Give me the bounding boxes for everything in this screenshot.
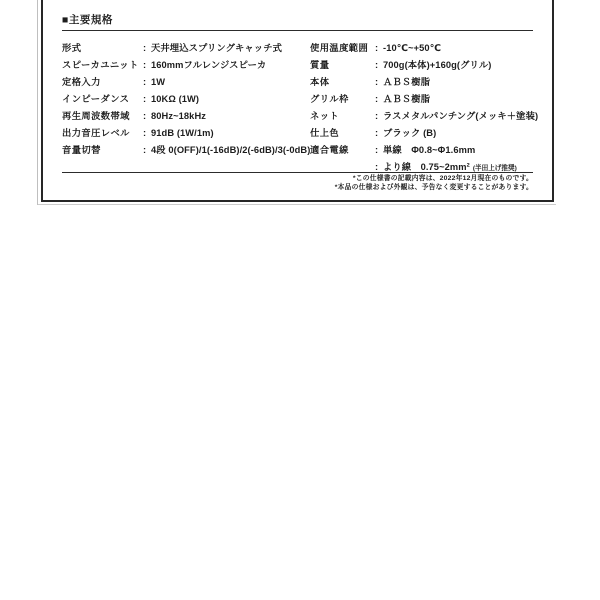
- spec-colon: :: [143, 42, 151, 54]
- spec-label: 定格入力: [62, 76, 143, 88]
- spec-colon: :: [375, 76, 383, 88]
- spec-row-compatible-wire-solid: 適合電線:単線 Φ0.8~Φ1.6mm: [310, 144, 550, 161]
- spec-value: 単線 Φ0.8~Φ1.6mm: [383, 144, 475, 156]
- spec-colon: :: [375, 127, 383, 139]
- spec-value: ＡＢＳ樹脂: [383, 93, 430, 105]
- spec-colon: :: [375, 42, 383, 54]
- spec-label: 仕上色: [310, 127, 375, 139]
- spec-box: ■主要規格 形式:天井埋込スプリングキャッチ式 スピーカユニット:160mmフル…: [41, 0, 554, 202]
- spec-label: ネット: [310, 110, 375, 122]
- spec-colon: :: [143, 76, 151, 88]
- spec-value: 4段 0(OFF)/1(-16dB)/2(-6dB)/3(-0dB): [151, 144, 310, 156]
- document-page: ■主要規格 形式:天井埋込スプリングキャッチ式 スピーカユニット:160mmフル…: [0, 0, 600, 600]
- spec-row-rated-input: 定格入力:1W: [62, 76, 310, 93]
- spec-label: 本体: [310, 76, 375, 88]
- spec-row-net: ネット:ラスメタルパンチング(メッキ＋塗装): [310, 110, 550, 127]
- spec-label: 形式: [62, 42, 143, 54]
- section-title: ■主要規格: [62, 12, 113, 27]
- spec-value: 天井埋込スプリングキャッチ式: [151, 42, 282, 54]
- spec-label: 適合電線: [310, 144, 375, 156]
- spec-colon: :: [375, 144, 383, 156]
- spec-label: 使用温度範囲: [310, 42, 375, 54]
- spec-label: グリル枠: [310, 93, 375, 105]
- spec-row-keishiki: 形式:天井埋込スプリングキャッチ式: [62, 42, 310, 59]
- spec-row-volume-switch: 音量切替:4段 0(OFF)/1(-16dB)/2(-6dB)/3(-0dB): [62, 144, 310, 161]
- spec-value: ラスメタルパンチング(メッキ＋塗装): [383, 110, 538, 122]
- spec-colon: :: [375, 110, 383, 122]
- spec-colon: :: [143, 144, 151, 156]
- spec-label: 再生周波数帯域: [62, 110, 143, 122]
- page-edge-line-vertical: [37, 0, 38, 205]
- title-divider: [62, 30, 533, 31]
- spec-label: インピーダンス: [62, 93, 143, 105]
- spec-colon: :: [143, 59, 151, 71]
- spec-value: 160mmフルレンジスピーカ: [151, 59, 266, 71]
- spec-row-finish-color: 仕上色:ブラック (B): [310, 127, 550, 144]
- spec-value: ブラック (B): [383, 127, 436, 139]
- spec-row-mass: 質量:700g(本体)+160g(グリル): [310, 59, 550, 76]
- spec-row-impedance: インピーダンス:10KΩ (1W): [62, 93, 310, 110]
- spec-value: 80Hz~18kHz: [151, 110, 206, 122]
- footnote-line-2: *本品の仕様および外観は、予告なく変更することがあります。: [62, 183, 533, 192]
- spec-row-output-spl: 出力音圧レベル:91dB (1W/1m): [62, 127, 310, 144]
- spec-row-temp-range: 使用温度範囲:-10℃~+50℃: [310, 42, 550, 59]
- spec-row-speaker-unit: スピーカユニット:160mmフルレンジスピーカ: [62, 59, 310, 76]
- spec-colon: :: [143, 127, 151, 139]
- spec-colon: :: [375, 93, 383, 105]
- spec-colon: :: [143, 93, 151, 105]
- footnotes: *この仕様書の記載内容は、2022年12月現在のものです。 *本品の仕様および外…: [62, 174, 533, 192]
- spec-label: 質量: [310, 59, 375, 71]
- spec-value-note: (半田上げ推奨): [473, 165, 517, 172]
- spec-label: 出力音圧レベル: [62, 127, 143, 139]
- spec-value: ＡＢＳ樹脂: [383, 76, 430, 88]
- spec-value: 1W: [151, 76, 165, 88]
- spec-column-right: 使用温度範囲:-10℃~+50℃ 質量:700g(本体)+160g(グリル) 本…: [310, 42, 550, 178]
- spec-column-left: 形式:天井埋込スプリングキャッチ式 スピーカユニット:160mmフルレンジスピー…: [62, 42, 310, 161]
- spec-row-grille-frame: グリル枠:ＡＢＳ樹脂: [310, 93, 550, 110]
- spec-value: 10KΩ (1W): [151, 93, 199, 105]
- spec-value: -10℃~+50℃: [383, 42, 441, 54]
- page-edge-line-horizontal: [38, 204, 556, 205]
- spec-colon: :: [143, 110, 151, 122]
- spec-value: 91dB (1W/1m): [151, 127, 214, 139]
- spec-label: スピーカユニット: [62, 59, 143, 71]
- spec-value: 700g(本体)+160g(グリル): [383, 59, 491, 71]
- spec-row-body-material: 本体:ＡＢＳ樹脂: [310, 76, 550, 93]
- spec-colon: :: [375, 59, 383, 71]
- footnote-divider: [62, 172, 533, 173]
- spec-row-frequency-range: 再生周波数帯域:80Hz~18kHz: [62, 110, 310, 127]
- spec-label: 音量切替: [62, 144, 143, 156]
- footnote-line-1: *この仕様書の記載内容は、2022年12月現在のものです。: [62, 174, 533, 183]
